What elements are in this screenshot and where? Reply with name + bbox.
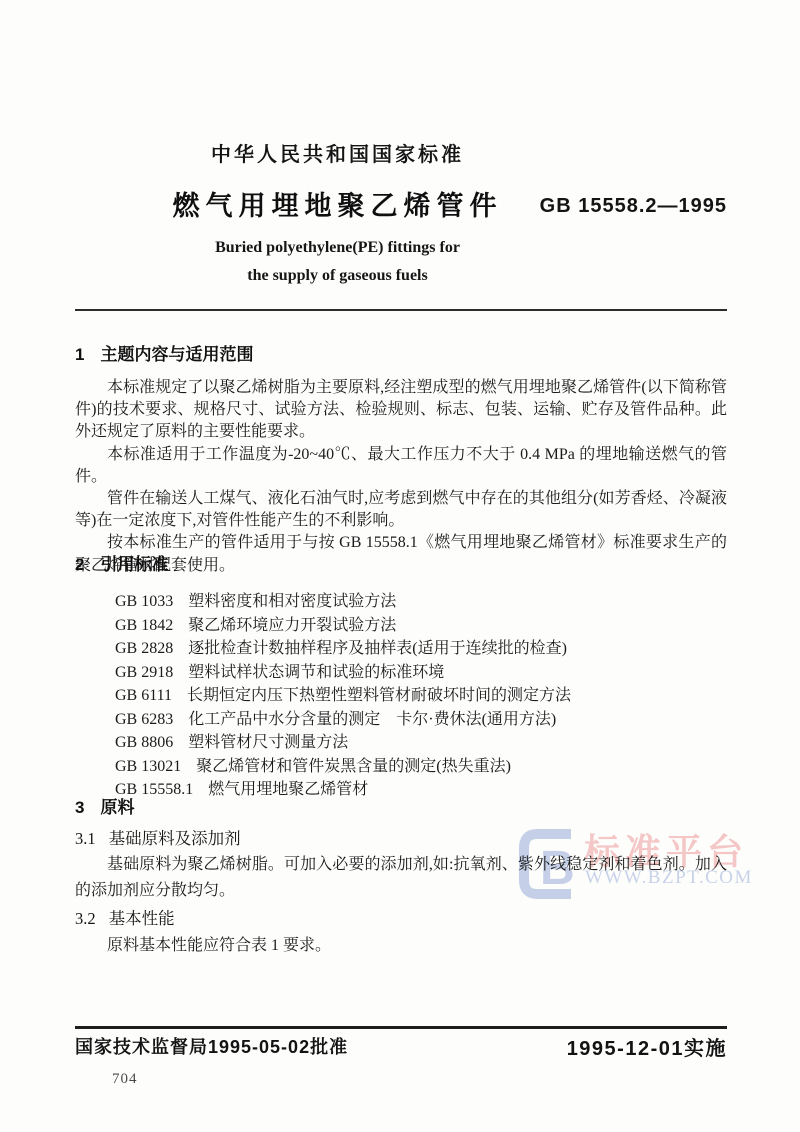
section-references: 2引用标准 GB 1033塑料密度和相对密度试验方法 GB 1842聚乙烯环境应…: [75, 554, 727, 802]
footer-divider: [75, 1026, 727, 1029]
document-title-en: Buried polyethylene(PE) fittings for the…: [75, 234, 600, 290]
document-title-zh: 燃气用埋地聚乙烯管件: [75, 184, 600, 223]
subclause-3-1-heading: 3.1基础原料及添加剂: [75, 827, 727, 850]
reference-code: GB 6283: [115, 708, 173, 732]
reference-item: GB 13021聚乙烯管材和管件炭黑含量的测定(热失重法): [115, 755, 727, 779]
section-1-heading: 1主题内容与适用范围: [75, 344, 727, 366]
reference-title: 聚乙烯环境应力开裂试验方法: [188, 617, 396, 634]
paragraph: 本标准适用于工作温度为-20~40℃、最大工作压力不大于 0.4 MPa 的埋地…: [75, 444, 727, 488]
standard-code: GB 15558.2—1995: [540, 195, 727, 218]
reference-title: 聚乙烯管材和管件炭黑含量的测定(热失重法): [196, 758, 511, 775]
reference-title: 逐批检查计数抽样程序及抽样表(适用于连续批的检查): [188, 640, 567, 657]
document-title-en-line1: Buried polyethylene(PE) fittings for: [75, 234, 600, 262]
reference-item: GB 6111长期恒定内压下热塑性塑料管材耐破坏时间的测定方法: [115, 684, 727, 708]
reference-item: GB 6283化工产品中水分含量的测定 卡尔·费休法(通用方法): [115, 708, 727, 732]
subclause-3-1-number: 3.1: [75, 827, 96, 850]
section-1-number: 1: [75, 344, 84, 366]
document-page: 中华人民共和国国家标准 燃气用埋地聚乙烯管件 GB 15558.2—1995 B…: [0, 0, 800, 1132]
reference-item: GB 1033塑料密度和相对密度试验方法: [115, 590, 727, 614]
reference-title: 化工产品中水分含量的测定 卡尔·费休法(通用方法): [188, 711, 556, 728]
reference-item: GB 8806塑料管材尺寸测量方法: [115, 731, 727, 755]
reference-code: GB 8806: [115, 731, 173, 755]
reference-title: 塑料试样状态调节和试验的标准环境: [188, 664, 444, 681]
reference-item: GB 1842聚乙烯环境应力开裂试验方法: [115, 614, 727, 638]
page-number: 704: [112, 1071, 138, 1088]
reference-code: GB 1033: [115, 590, 173, 614]
section-3-heading: 3原料: [75, 797, 727, 819]
section-3-title: 原料: [100, 798, 134, 817]
subclause-3-2-text: 原料基本性能应符合表 1 要求。: [75, 933, 727, 958]
subclause-3-2-heading: 3.2基本性能: [75, 907, 727, 930]
reference-item: GB 2828逐批检查计数抽样程序及抽样表(适用于连续批的检查): [115, 637, 727, 661]
section-3-number: 3: [75, 797, 84, 819]
subclause-3-1-title: 基础原料及添加剂: [109, 829, 241, 848]
subclause-3-1-text: 基础原料为聚乙烯树脂。可加入必要的添加剂,如:抗氧剂、紫外线稳定剂和着色剂。加入…: [75, 852, 727, 904]
reference-title: 塑料管材尺寸测量方法: [188, 734, 348, 751]
document-title-en-line2: the supply of gaseous fuels: [75, 262, 600, 290]
paragraph: 管件在输送人工煤气、液化石油气时,应考虑到燃气中存在的其他组分(如芳香烃、冷凝液…: [75, 488, 727, 532]
subclause-3-2-title: 基本性能: [109, 909, 175, 928]
reference-code: GB 2918: [115, 661, 173, 685]
reference-list: GB 1033塑料密度和相对密度试验方法 GB 1842聚乙烯环境应力开裂试验方…: [75, 590, 727, 802]
section-1-body: 本标准规定了以聚乙烯树脂为主要原料,经注塑成型的燃气用埋地聚乙烯管件(以下简称管…: [75, 377, 727, 577]
reference-title: 燃气用埋地聚乙烯管材: [208, 781, 368, 798]
section-scope: 1主题内容与适用范围 本标准规定了以聚乙烯树脂为主要原料,经注塑成型的燃气用埋地…: [75, 344, 727, 577]
section-2-title: 引用标准: [100, 555, 168, 574]
section-raw-material: 3原料 3.1基础原料及添加剂 基础原料为聚乙烯树脂。可加入必要的添加剂,如:抗…: [75, 797, 727, 958]
national-standard-label: 中华人民共和国国家标准: [75, 138, 600, 167]
section-2-heading: 2引用标准: [75, 554, 727, 576]
reference-code: GB 13021: [115, 755, 181, 779]
reference-code: GB 2828: [115, 637, 173, 661]
paragraph: 本标准规定了以聚乙烯树脂为主要原料,经注塑成型的燃气用埋地聚乙烯管件(以下简称管…: [75, 377, 727, 444]
header-divider: [75, 309, 727, 311]
section-2-number: 2: [75, 554, 84, 576]
reference-title: 塑料密度和相对密度试验方法: [188, 593, 396, 610]
reference-item: GB 2918塑料试样状态调节和试验的标准环境: [115, 661, 727, 685]
approval-statement: 国家技术监督局1995-05-02批准: [75, 1033, 348, 1059]
reference-code: GB 6111: [115, 684, 172, 708]
reference-title: 长期恒定内压下热塑性塑料管材耐破坏时间的测定方法: [187, 687, 571, 704]
subclause-3-2-number: 3.2: [75, 907, 96, 930]
section-1-title: 主题内容与适用范围: [100, 345, 253, 364]
implementation-date: 1995-12-01实施: [567, 1032, 727, 1061]
reference-code: GB 1842: [115, 614, 173, 638]
